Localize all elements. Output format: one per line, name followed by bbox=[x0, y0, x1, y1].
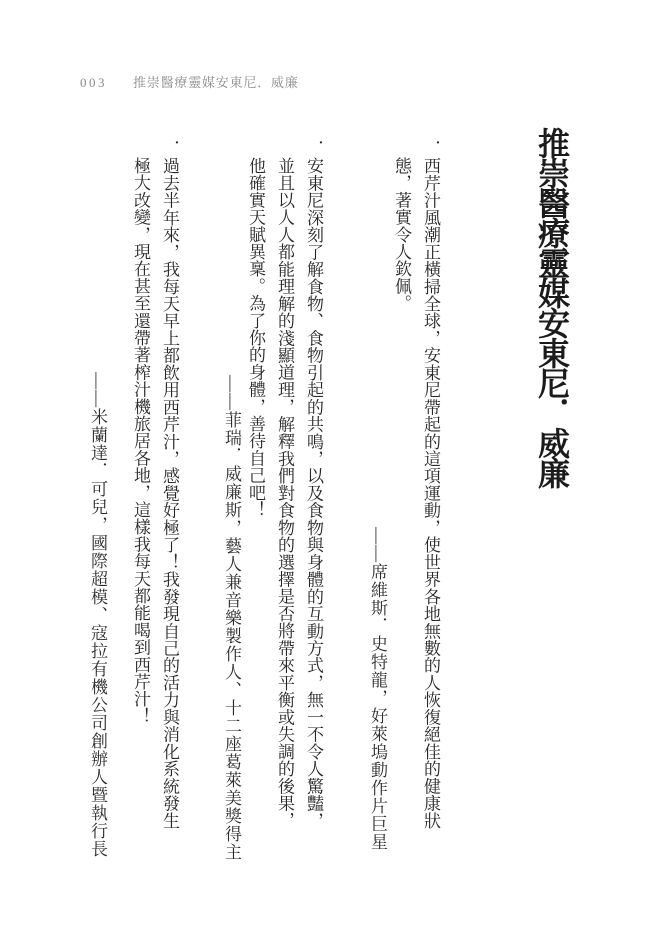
testimonial-text-1: 西芹汁風潮正橫掃全球，安東尼帶起的這項運動，使世界各地無數的人恢復絕佳的健康狀態… bbox=[392, 157, 440, 829]
testimonial-quote-3: ．過去半年來，我每天早上都飲用西芹汁，感覺好極了！我發現自己的活力與消化系統發生… bbox=[126, 140, 184, 829]
bullet-marker: ． bbox=[160, 140, 179, 157]
testimonial-quote-2: ．安東尼深刻了解食物、食物引起的共鳴，以及食物與身體的互動方式，無一不令人驚豔，… bbox=[241, 140, 328, 829]
bullet-marker: ． bbox=[421, 140, 440, 157]
testimonial-attribution-2: ——菲瑞．威廉斯，藝人兼音樂製作人、十二座葛萊美獎得主 bbox=[221, 375, 241, 861]
testimonial-quote-1: ．西芹汁風潮正橫掃全球，安東尼帶起的這項運動，使世界各地無數的人恢復絕佳的健康狀… bbox=[387, 140, 445, 829]
testimonial-attribution-1: ——席維斯．史特龍，好萊塢動作片巨星 bbox=[367, 527, 387, 851]
page-title: 推崇醫療靈媒安東尼．威廉 bbox=[529, 127, 575, 487]
testimonial-attribution-3: ——米蘭達．可兒，國際超模、寇拉有機公司創辦人暨執行長 bbox=[87, 372, 107, 858]
bullet-marker: ． bbox=[304, 140, 323, 157]
page-number: 003 bbox=[80, 75, 107, 91]
running-header-title: 推崇醫療靈媒安東尼．威廉 bbox=[133, 72, 299, 91]
book-page: 003 推崇醫療靈媒安東尼．威廉 推崇醫療靈媒安東尼．威廉 ．西芹汁風潮正橫掃全… bbox=[0, 0, 663, 932]
testimonial-text-3: 過去半年來，我每天早上都飲用西芹汁，感覺好極了！我發現自己的活力與消化系統發生極… bbox=[131, 157, 179, 829]
running-header: 003 推崇醫療靈媒安東尼．威廉 bbox=[80, 72, 299, 91]
testimonial-text-2: 安東尼深刻了解食物、食物引起的共鳴，以及食物與身體的互動方式，無一不令人驚豔，並… bbox=[246, 157, 323, 829]
